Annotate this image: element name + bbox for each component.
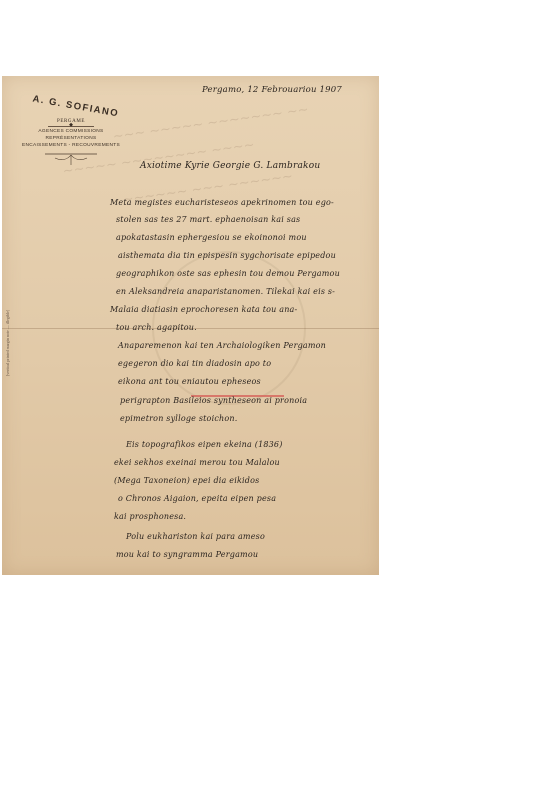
- body-line: geographikon oste sas ephesin tou demou …: [116, 269, 340, 278]
- body-line: mou kai to syngramma Pergamou: [116, 550, 258, 559]
- body-line: ekei sekhos exeinai merou tou Malalou: [114, 458, 280, 467]
- letterhead: A. G. SOFIANO PERGAME AGENCES COMMISSION…: [16, 94, 126, 165]
- letterhead-name: A. G. SOFIANO: [32, 93, 120, 119]
- body-line: Meta megistes eucharisteseos apekrinomen…: [110, 198, 334, 207]
- margin-note: [vertical printed margin note — illegibl…: [5, 310, 10, 376]
- body-line: aisthemata dia tin epispesin sygchorisat…: [118, 251, 336, 260]
- ornament-icon: [41, 151, 101, 165]
- letterhead-services: AGENCES COMMISSIONS: [16, 129, 126, 134]
- body-line: eikona ant tou eniautou epheseos: [118, 377, 261, 386]
- body-line: Anaparemenon kai ten Archaiologiken Perg…: [118, 341, 326, 350]
- body-line: perigrapton Basileios syntheseon ai pron…: [120, 396, 307, 405]
- letter-page: ~~~ ~~~~~ ~~~~~~~ ~~ ~~~~~ ~~~~~~~~ ~~~~…: [2, 76, 379, 575]
- body-line: Malaia diatiasin eprochoresen kata tou a…: [110, 305, 297, 314]
- letterhead-collections: ENCAISSEMENTS - RECOUVREMENTS: [16, 143, 126, 148]
- body-line: (Mega Taxoneion) epei dia eikidos: [114, 476, 259, 485]
- letterhead-representations: REPRÉSENTATIONS: [16, 136, 126, 141]
- divider-ornament: [48, 126, 94, 127]
- body-line: tou arch. agapitou.: [116, 323, 197, 332]
- salutation: Axiotime Kyrie Georgie G. Lambrakou: [140, 161, 320, 171]
- bleed-through-text: ~~~ ~~~~~ ~~~~~~~ ~~: [112, 102, 310, 144]
- body-line: epimetron sylloge stoichon.: [120, 414, 237, 423]
- body-line: apokatastasin ephergesiou se ekoinonoi m…: [116, 233, 307, 242]
- body-line: Polu eukhariston kai para ameso: [126, 532, 265, 541]
- letter-date: Pergamo, 12 Febrouariou 1907: [202, 85, 342, 95]
- body-line: Eis topografikos eipen ekeina (1836): [126, 440, 283, 449]
- body-line: o Chronos Aigaion, epeita eipen pesa: [118, 494, 276, 503]
- body-line: egegeron dio kai tin diadosin apo to: [118, 359, 271, 368]
- body-line: stolen sas tes 27 mart. ephaenoisan kai …: [116, 215, 300, 224]
- body-line: kai prosphonesa.: [114, 512, 186, 521]
- body-line: en Aleksandreia anaparistanomen. Tilekai…: [116, 287, 335, 296]
